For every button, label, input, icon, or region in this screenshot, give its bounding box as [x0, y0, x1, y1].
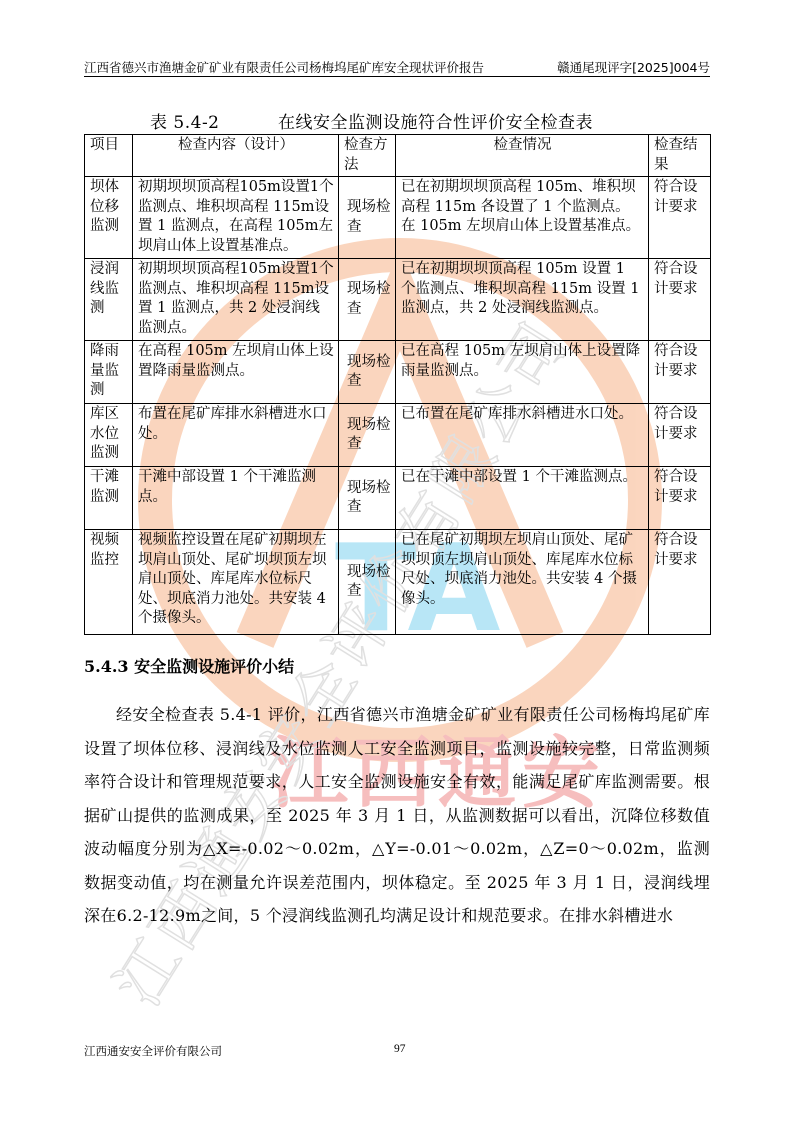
table-header-row: 项目 检查内容（设计） 检查方法 检查情况 检查结果	[85, 135, 711, 177]
row-finding: 已在干滩中部设置 1 个干滩监测点。	[396, 467, 649, 530]
table-row: 库区水位监测 布置在尾矿库排水斜槽进水口处。 现场检查 已布置在尾矿库排水斜槽进…	[85, 404, 711, 467]
report-title: 江西省德兴市渔塘金矿矿业有限责任公司杨梅坞尾矿库安全现状评价报告	[84, 58, 484, 76]
row-finding: 已在初期坝坝顶高程 105m、堆积坝高程 115m 各设置了 1 个监测点。在 …	[396, 177, 649, 259]
table-title: 在线安全监测设施符合性评价安全检查表	[278, 113, 593, 133]
row-result: 符合设计要求	[649, 177, 711, 259]
row-finding: 已布置在尾矿库排水斜槽进水口处。	[396, 404, 649, 467]
row-finding: 已在尾矿初期坝左坝肩山顶处、尾矿坝坝顶左坝肩山顶处、库尾库水位标尺处、坝底消力池…	[396, 530, 649, 635]
row-method: 现场检查	[339, 467, 396, 530]
row-method: 现场检查	[339, 177, 396, 259]
row-method: 现场检查	[339, 341, 396, 404]
row-content: 初期坝坝顶高程105m设置1个监测点、堆积坝高程 115m设置 1 监测点，在高…	[133, 177, 339, 259]
table-row: 坝体位移监测 初期坝坝顶高程105m设置1个监测点、堆积坝高程 115m设置 1…	[85, 177, 711, 259]
row-content: 干滩中部设置 1 个干滩监测点。	[133, 467, 339, 530]
row-result: 符合设计要求	[649, 530, 711, 635]
page-number: 97	[394, 1043, 406, 1055]
row-method: 现场检查	[339, 404, 396, 467]
row-finding: 已在初期坝坝顶高程 105m 设置 1 个监测点、堆积坝高程 115m 设置 1…	[396, 259, 649, 341]
row-method: 现场检查	[339, 530, 396, 635]
table-row: 视频监控 视频监控设置在尾矿初期坝左坝肩山顶处、尾矿坝坝顶左坝肩山顶处、库尾库水…	[85, 530, 711, 635]
row-result: 符合设计要求	[649, 404, 711, 467]
header-method: 检查方法	[339, 135, 396, 177]
row-item: 库区水位监测	[85, 404, 133, 467]
header-finding: 检查情况	[396, 135, 649, 177]
page-footer: 江西通安安全评价有限公司 97	[84, 1043, 710, 1059]
row-result: 符合设计要求	[649, 341, 711, 404]
page-header: 江西省德兴市渔塘金矿矿业有限责任公司杨梅坞尾矿库安全现状评价报告 赣通尾现评字[…	[84, 56, 710, 77]
section-heading: 5.4.3 安全监测设施评价小结	[84, 654, 294, 677]
row-finding: 已在高程 105m 左坝肩山体上设置降雨量监测点。	[396, 341, 649, 404]
row-method: 现场检查	[339, 259, 396, 341]
table-number: 表 5.4-2	[150, 108, 278, 133]
row-content: 在高程 105m 左坝肩山体上设置降雨量监测点。	[133, 341, 339, 404]
table-row: 降雨量监测 在高程 105m 左坝肩山体上设置降雨量监测点。 现场检查 已在高程…	[85, 341, 711, 404]
row-content: 视频监控设置在尾矿初期坝左坝肩山顶处、尾矿坝坝顶左坝肩山顶处、库尾库水位标尺处、…	[133, 530, 339, 635]
header-result: 检查结果	[649, 135, 711, 177]
document-number: 赣通尾现评字[2025]004号	[557, 58, 710, 76]
footer-company: 江西通安安全评价有限公司	[84, 1043, 222, 1059]
row-content: 初期坝坝顶高程105m设置1个监测点、堆积坝高程 115m设置 1 监测点，共 …	[133, 259, 339, 341]
safety-check-table: 项目 检查内容（设计） 检查方法 检查情况 检查结果 坝体位移监测 初期坝坝顶高…	[84, 134, 711, 635]
summary-paragraph: 经安全检查表 5.4-1 评价，江西省德兴市渔塘金矿矿业有限责任公司杨梅坞尾矿库…	[84, 698, 710, 933]
table-row: 浸润线监测 初期坝坝顶高程105m设置1个监测点、堆积坝高程 115m设置 1 …	[85, 259, 711, 341]
row-item: 坝体位移监测	[85, 177, 133, 259]
row-item: 浸润线监测	[85, 259, 133, 341]
header-content: 检查内容（设计）	[133, 135, 339, 177]
header-item: 项目	[85, 135, 133, 177]
row-item: 视频监控	[85, 530, 133, 635]
row-item: 干滩监测	[85, 467, 133, 530]
row-item: 降雨量监测	[85, 341, 133, 404]
table-caption: 表 5.4-2在线安全监测设施符合性评价安全检查表	[150, 108, 593, 133]
row-result: 符合设计要求	[649, 467, 711, 530]
row-content: 布置在尾矿库排水斜槽进水口处。	[133, 404, 339, 467]
row-result: 符合设计要求	[649, 259, 711, 341]
table-row: 干滩监测 干滩中部设置 1 个干滩监测点。 现场检查 已在干滩中部设置 1 个干…	[85, 467, 711, 530]
